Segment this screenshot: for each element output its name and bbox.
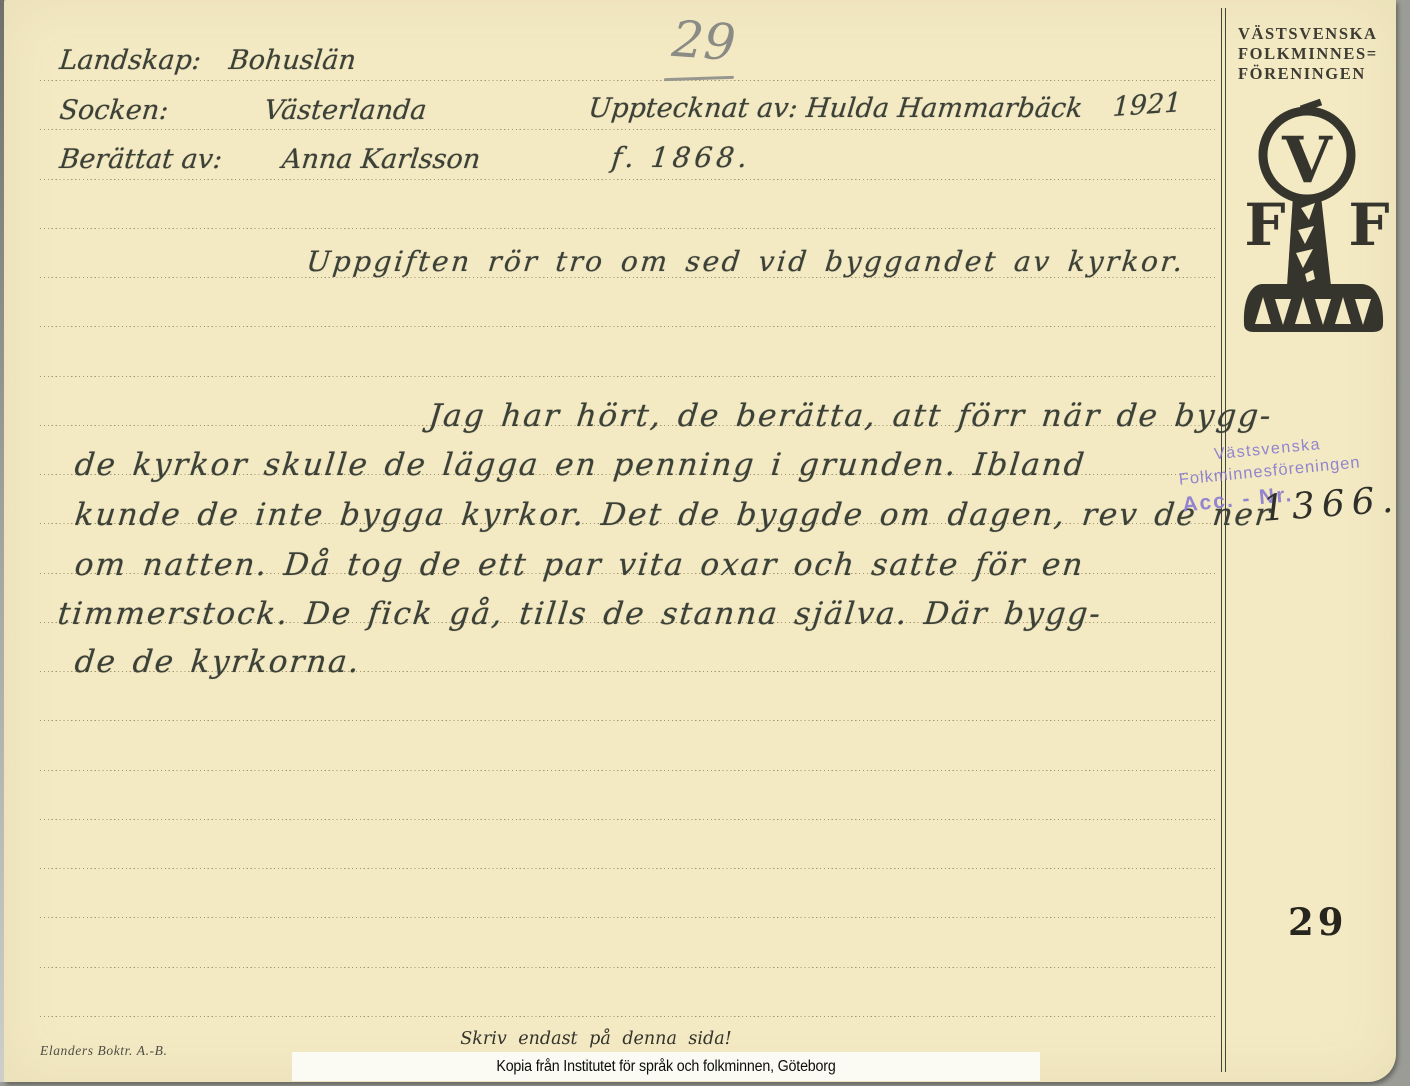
ruled-line <box>40 80 1216 82</box>
field-landskap-label: Landskap: <box>58 45 203 76</box>
ruled-line <box>40 228 1216 230</box>
page-number-printed: 29 <box>1288 900 1348 944</box>
ruled-line <box>40 326 1216 328</box>
field-berattat-av-label: Berättat av: <box>58 144 224 175</box>
ruled-line <box>40 770 1216 772</box>
org-name-line-1: VÄSTSVENSKA <box>1238 24 1378 44</box>
body-line-6: de de kyrkorna. <box>73 644 363 680</box>
logo-letter-f-right: F <box>1348 191 1389 259</box>
copy-notice: Kopia från Institutet för språk och folk… <box>322 1052 1010 1081</box>
column-divider-line <box>1221 8 1226 1072</box>
ruled-line <box>40 819 1216 821</box>
ruled-line <box>40 720 1216 722</box>
field-socken: Socken:Västerlanda <box>58 95 428 126</box>
ruled-line <box>40 1016 1216 1018</box>
title-line: Uppgiften rör tro om sed vid byggandet a… <box>305 245 1187 278</box>
informant-birth-year: f. 1868. <box>610 141 753 174</box>
scanned-archive-card: Landskap:Bohuslän Socken:Västerlanda Ber… <box>0 0 1410 1086</box>
body-line-3: kunde de inte bygga kyrkor. Det de byggd… <box>73 497 1274 533</box>
ruled-line <box>40 967 1216 969</box>
ruled-line <box>40 129 1216 131</box>
logo-letter-v: V <box>1281 123 1333 198</box>
ruled-line <box>40 376 1216 378</box>
body-line-5: timmerstock. De fick gå, tills de stanna… <box>56 596 1104 632</box>
field-landskap-value: Bohuslän <box>227 45 357 76</box>
recorded-year: 1921 <box>1112 87 1182 123</box>
thors-hammer-logo: V F F <box>1243 98 1391 335</box>
field-landskap: Landskap:Bohuslän <box>58 45 358 76</box>
field-socken-label: Socken: <box>58 95 170 126</box>
field-socken-value: Västerlanda <box>263 95 428 126</box>
write-instruction: Skriv endast på denna sida! <box>446 1029 746 1049</box>
scan-edge-left <box>0 0 4 1082</box>
field-berattat-av: Berättat av:Anna Karlsson <box>58 144 482 175</box>
body-line-2: de kyrkor skulle de lägga en penning i g… <box>73 447 1088 483</box>
body-line-4: om natten. Då tog de ett par vita oxar o… <box>73 547 1086 583</box>
logo-letter-f-left: F <box>1244 191 1285 259</box>
org-name-line-2: FOLKMINNES= <box>1238 44 1378 64</box>
copy-notice-bar: Kopia från Institutet för språk och folk… <box>292 1052 1040 1081</box>
ruled-line <box>40 179 1216 181</box>
org-name: VÄSTSVENSKA FOLKMINNES= FÖRENINGEN <box>1238 24 1378 84</box>
ruled-line <box>40 868 1216 870</box>
field-berattat-av-value: Anna Karlsson <box>281 144 482 175</box>
page-number-pencil: 29 <box>670 10 738 72</box>
printer-imprint: Elanders Boktr. A.-B. <box>40 1043 167 1059</box>
body-line-1: Jag har hört, de berätta, att förr när d… <box>427 398 1274 434</box>
ruled-line <box>40 917 1216 919</box>
recorded-by-line: Upptecknat av: Hulda Hammarbäck <box>587 93 1084 124</box>
org-name-line-3: FÖRENINGEN <box>1238 64 1378 84</box>
